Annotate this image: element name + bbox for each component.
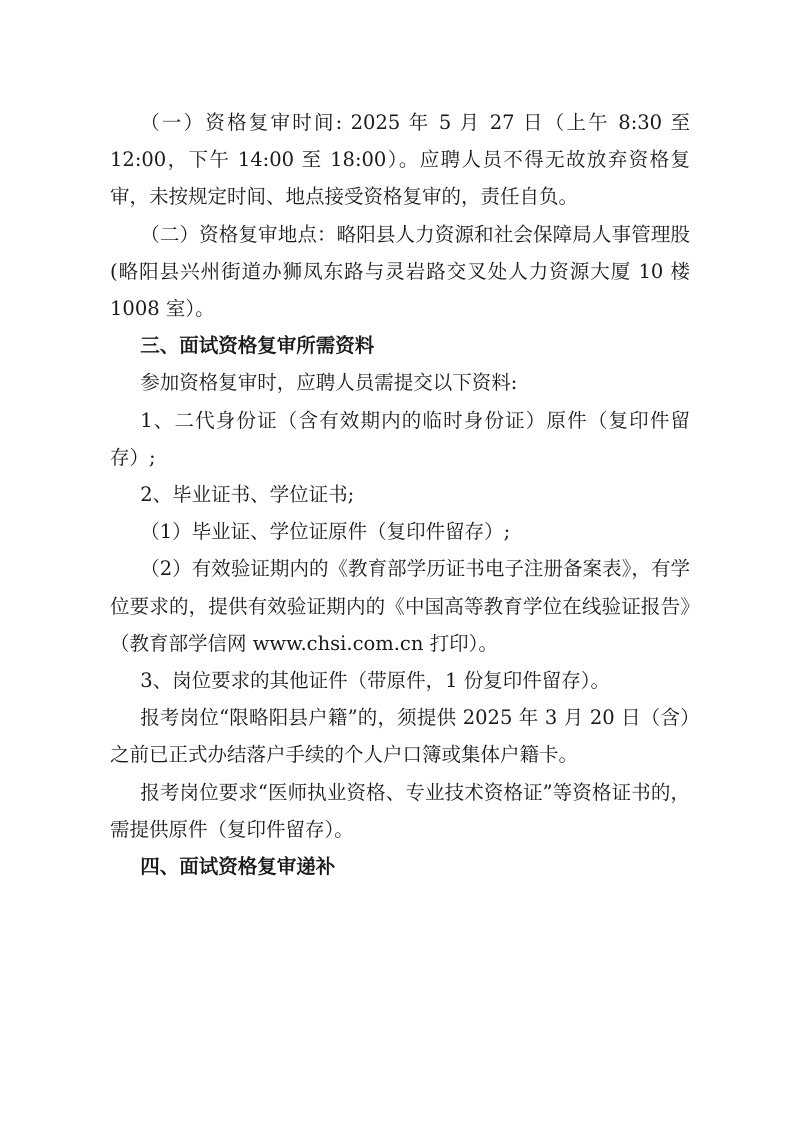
paragraph-review-time: （一）资格复审时间: 2025 年 5 月 27 日（上午 8:30 至 12:… [110, 104, 690, 216]
section-heading-4: 四、面试资格复审递补 [110, 848, 690, 885]
sub-item-diploma-original: （1）毕业证、学位证原件（复印件留存）; [110, 513, 690, 550]
document-page: （一）资格复审时间: 2025 年 5 月 27 日（上午 8:30 至 12:… [110, 104, 690, 885]
paragraph-household-registration: 报考岗位“限略阳县户籍”的，须提供 2025 年 3 月 20 日（含）之前已正… [110, 699, 690, 773]
paragraph-review-location: （二）资格复审地点：略阳县人力资源和社会保障局人事管理股(略阳县兴州街道办狮凤东… [110, 216, 690, 328]
paragraph-qualification-certificates: 报考岗位要求“医师执业资格、专业技术资格证”等资格证书的，需提供原件（复印件留存… [110, 774, 690, 848]
list-item-other-certificates: 3、岗位要求的其他证件（带原件，1 份复印件留存）。 [110, 662, 690, 699]
section-heading-3: 三、面试资格复审所需资料 [110, 327, 690, 364]
paragraph-materials-intro: 参加资格复审时，应聘人员需提交以下资料: [110, 364, 690, 401]
list-item-id-card: 1、二代身份证（含有效期内的临时身份证）原件（复印件留存）; [110, 402, 690, 476]
list-item-diploma: 2、毕业证书、学位证书; [110, 476, 690, 513]
sub-item-verification-report: （2）有效验证期内的《教育部学历证书电子注册备案表》，有学位要求的，提供有效验证… [110, 550, 690, 662]
